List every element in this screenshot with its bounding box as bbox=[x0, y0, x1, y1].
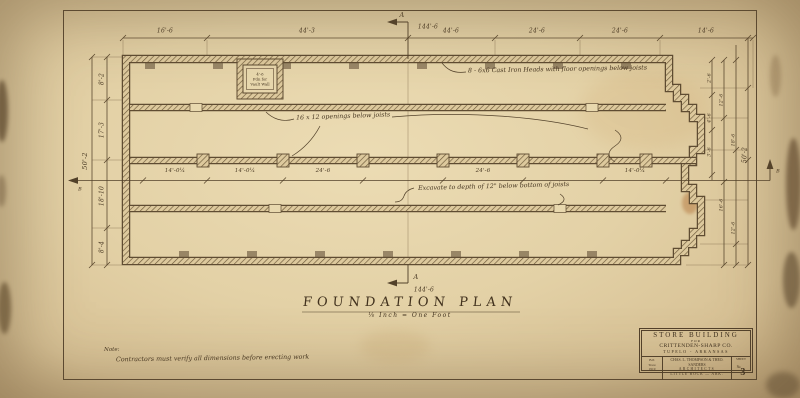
project-name: STORE BUILDING bbox=[642, 332, 750, 339]
dim-label-left-1: 8'-2 bbox=[99, 73, 106, 85]
dim-label-right-4: 12'-6 bbox=[720, 93, 725, 106]
dim-label-mid-4: 24'-6 bbox=[476, 168, 491, 174]
dim-label-right-7: 12'-6 bbox=[732, 221, 737, 234]
section-marker-a-bottom: A bbox=[414, 273, 419, 281]
dim-label-right-1: 2'-6 bbox=[708, 73, 713, 83]
dim-label-mid-3: 24'-6 bbox=[316, 168, 331, 174]
project-location: TUPELO - ARKANSAS bbox=[642, 349, 750, 354]
dim-label-top-6: 14'-6 bbox=[698, 28, 714, 35]
border-frame bbox=[64, 11, 757, 380]
architect-city: LITTLE ROCK — ARK. bbox=[663, 372, 731, 377]
dim-label-overall-bottom: 144'-6 bbox=[414, 287, 434, 294]
dim-label-top-4: 24'-6 bbox=[529, 28, 545, 35]
dimension-lines bbox=[89, 35, 756, 268]
note-label: Note: bbox=[104, 347, 119, 353]
title-block-lower-row: B.P. Trace 1919 CHAS. L. THOMPSON & THEO… bbox=[642, 357, 750, 380]
dim-label-right-8: 50'-2 bbox=[742, 147, 749, 163]
plan-scale: ⅛ Inch = One Foot bbox=[280, 312, 540, 319]
dim-label-top-2: 44'-3 bbox=[299, 28, 315, 35]
dim-label-left-4: 8'-4 bbox=[99, 241, 106, 253]
dim-label-left-3: 18'-10 bbox=[99, 186, 106, 206]
sheet-word: SHEET bbox=[732, 358, 750, 362]
dim-label-mid-5: 14'-0¼ bbox=[625, 168, 645, 174]
section-marker-b-left: B bbox=[78, 188, 82, 193]
section-marker-b-right: B bbox=[776, 170, 780, 175]
sheet-cell: SHEET №3 bbox=[732, 357, 750, 380]
architect-cell: CHAS. L. THOMPSON & THEO. SANDERS ARCHIT… bbox=[663, 357, 732, 380]
interior-walls bbox=[130, 108, 696, 209]
vault-label-3: Vault Wall bbox=[250, 82, 269, 87]
dim-label-right-3: 3'-6 bbox=[708, 147, 713, 157]
dim-label-mid-1: 14'-0¼ bbox=[165, 168, 185, 174]
sheet-number: 3 bbox=[740, 368, 745, 378]
title-block-project-area: STORE BUILDING FOR CRITTENDEN-SHARP CO. … bbox=[642, 331, 750, 357]
dim-label-top-3: 44'-6 bbox=[443, 28, 459, 35]
section-marker-a-top: A bbox=[400, 11, 405, 19]
dim-label-mid-2: 14'-0¼ bbox=[235, 168, 255, 174]
dim-label-left-2: 17'-3 bbox=[99, 122, 106, 138]
dim-label-right-5: 16'-6 bbox=[720, 198, 725, 211]
dim-label-right-6: 18'-6 bbox=[732, 133, 737, 146]
dim-label-top-1: 16'-6 bbox=[157, 28, 173, 35]
dim-label-overall-left: 50'-2 bbox=[81, 152, 89, 169]
architect-firm: CHAS. L. THOMPSON & THEO. SANDERS bbox=[663, 358, 731, 367]
blueprint-scan: 16'-6 44'-3 44'-6 24'-6 24'-6 14'-6 144'… bbox=[0, 0, 800, 398]
rev-line-3: 1919 bbox=[642, 367, 662, 372]
plan-title-group: FOUNDATION PLAN ⅛ Inch = One Foot bbox=[280, 295, 540, 319]
plan-title: FOUNDATION PLAN bbox=[279, 295, 541, 310]
revision-cell: B.P. Trace 1919 bbox=[642, 357, 663, 380]
title-block: STORE BUILDING FOR CRITTENDEN-SHARP CO. … bbox=[639, 328, 753, 373]
dim-label-right-2: 4'-6 bbox=[708, 113, 713, 123]
dim-label-top-5: 24'-6 bbox=[612, 28, 628, 35]
title-block-inner: STORE BUILDING FOR CRITTENDEN-SHARP CO. … bbox=[641, 330, 751, 371]
dim-label-overall-top: 144'-6 bbox=[418, 24, 438, 31]
